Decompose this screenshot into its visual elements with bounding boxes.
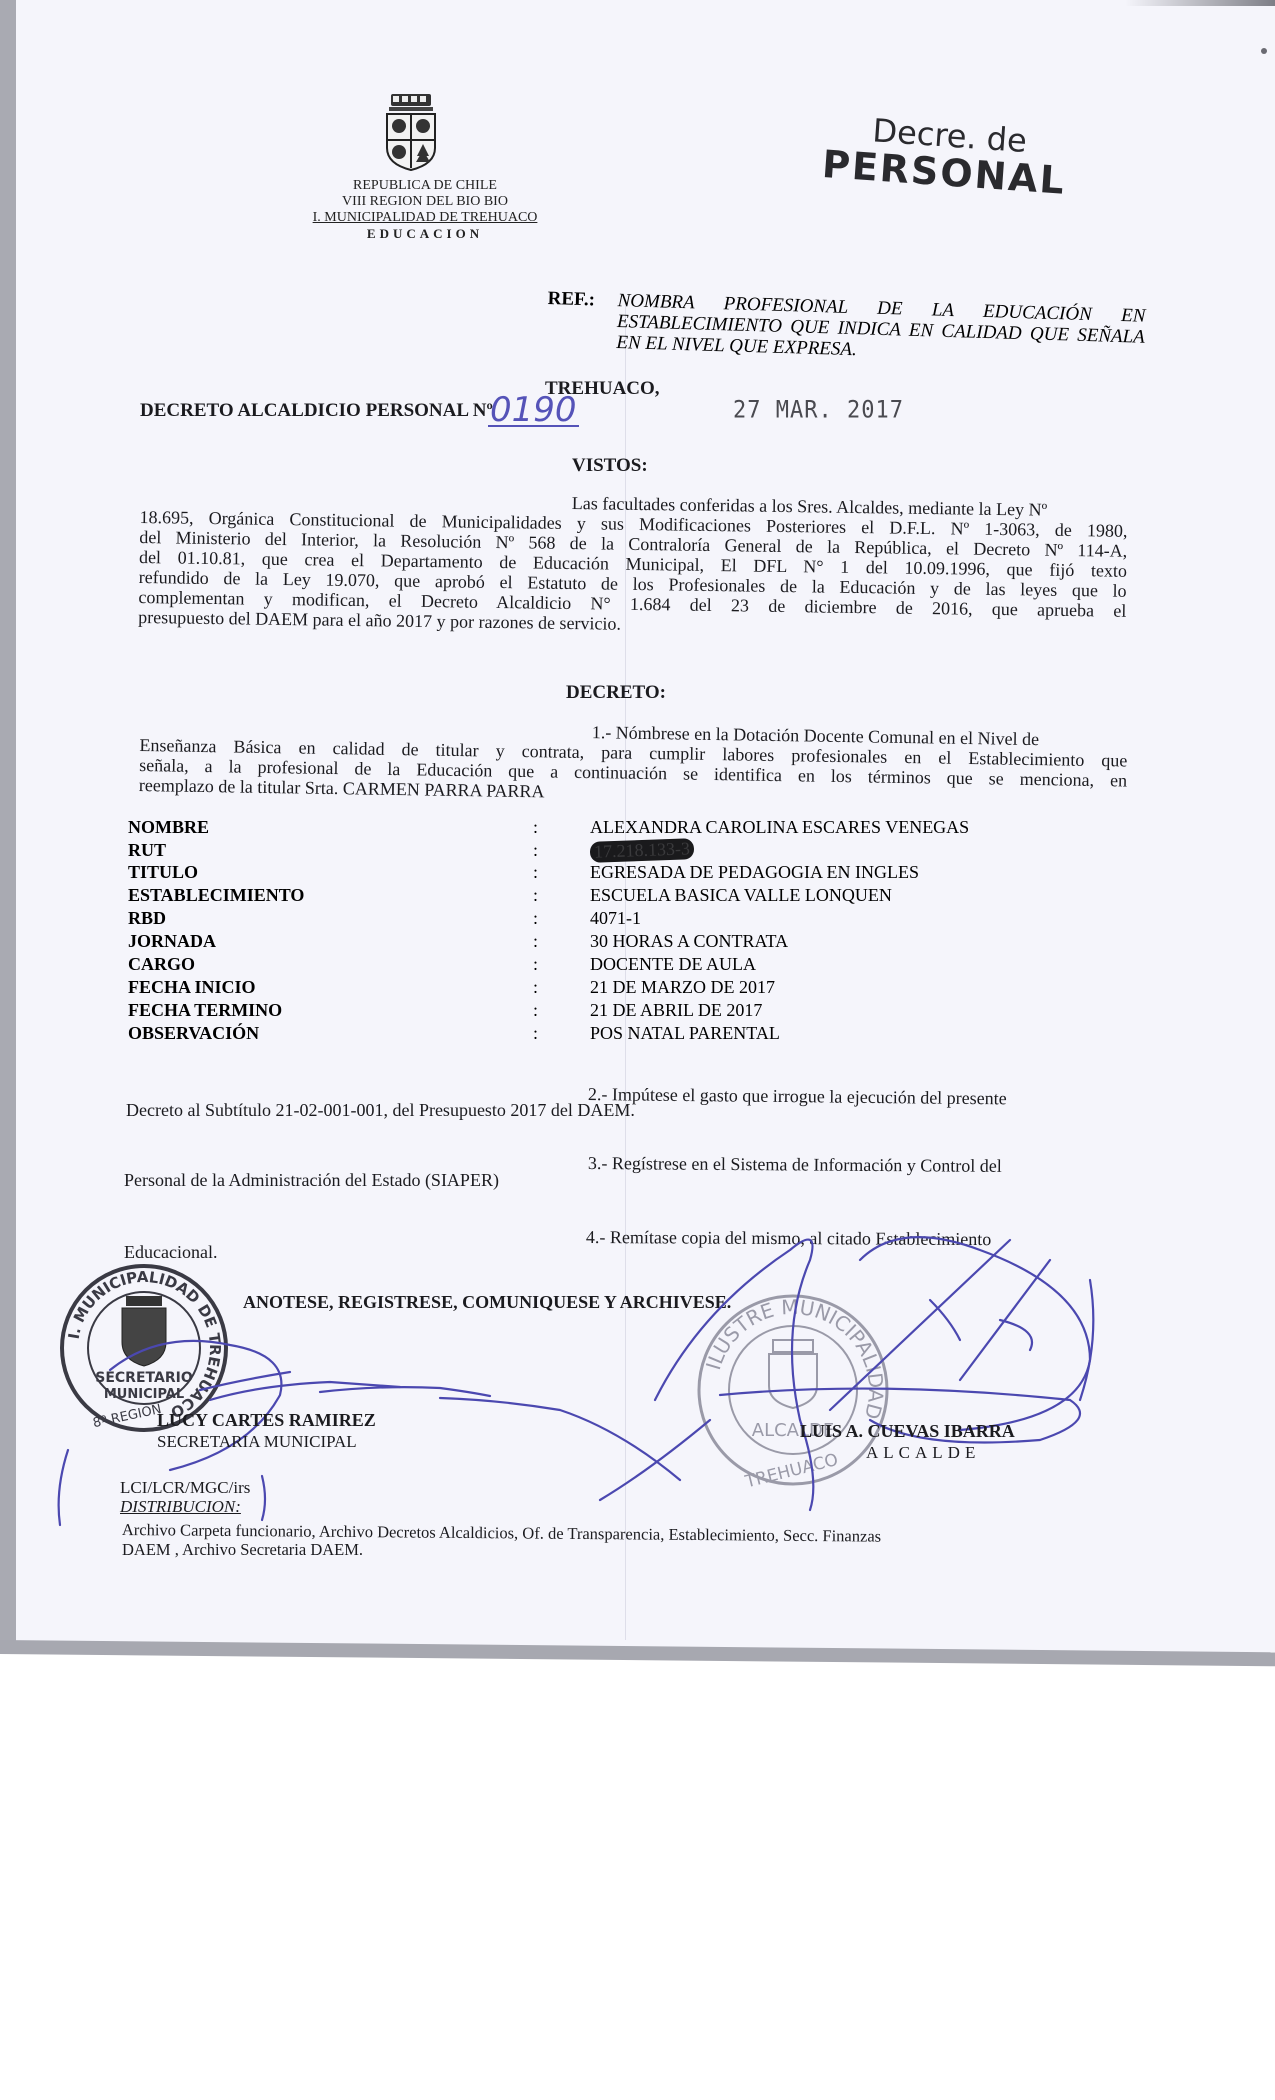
secretary-name: LUCY CARTES RAMIREZ (157, 1410, 376, 1431)
vistos-heading: VISTOS: (572, 455, 648, 477)
decree-number-handwritten: 0190 (488, 395, 579, 427)
distribution-label: DISTRIBUCION: (120, 1497, 241, 1517)
stamp-decreto-personal: Decre. de PERSONAL (821, 110, 1070, 201)
field-label: TITULO (128, 862, 198, 883)
field-value: 21 DE MARZO DE 2017 (590, 977, 775, 998)
field-value: EGRESADA DE PEDAGOGIA EN INGLES (590, 862, 919, 883)
svg-text:SECRETARIO: SECRETARIO (95, 1370, 193, 1386)
field-separator: : (533, 1000, 538, 1021)
closing-formula: ANOTESE, REGISTRESE, COMUNIQUESE Y ARCHI… (243, 1292, 731, 1313)
field-separator: : (533, 1023, 538, 1044)
item-2-first: 2.- Impútese el gasto que irrogue la eje… (588, 1084, 1007, 1109)
field-row: CARGO:DOCENTE DE AULA (128, 954, 1028, 976)
distribution-line-2: DAEM , Archivo Secretaria DAEM. (122, 1540, 363, 1560)
decreto-heading: DECRETO: (566, 682, 666, 704)
scanned-page: REPUBLICA DE CHILE VIII REGION DEL BIO B… (0, 0, 1275, 1652)
field-row: ESTABLECIMIENTO:ESCUELA BASICA VALLE LON… (128, 885, 1028, 907)
field-value: POS NATAL PARENTAL (590, 1023, 780, 1044)
letterhead-region: VIII REGION DEL BIO BIO (255, 194, 595, 210)
field-separator: : (533, 840, 538, 861)
seal-secretario-municipal: I. MUNICIPALIDAD DE TREHUACO SECRETARIO … (58, 1262, 230, 1434)
field-row: FECHA INICIO:21 DE MARZO DE 2017 (128, 977, 1028, 999)
date-stamp: 27 MAR. 2017 (733, 397, 904, 425)
field-separator: : (533, 817, 538, 838)
field-separator: : (533, 931, 538, 952)
decreto-item-1: 1.- Nómbrese en la Dotación Docente Comu… (139, 715, 1128, 811)
reference-block: REF.: NOMBRA PROFESIONAL DE LA EDUCACIÓN… (548, 288, 1148, 306)
field-separator: : (533, 954, 538, 975)
letterhead-department: EDUCACION (255, 226, 595, 242)
field-row: RBD:4071-1 (128, 908, 1028, 930)
item-2-second: Decreto al Subtítulo 21-02-001-001, del … (126, 1100, 635, 1121)
field-label: CARGO (128, 954, 195, 975)
field-label: RBD (128, 908, 166, 929)
svg-text:ILUSTRE MUNICIPALIDAD: ILUSTRE MUNICIPALIDAD (701, 1295, 888, 1422)
letterhead: REPUBLICA DE CHILE VIII REGION DEL BIO B… (255, 178, 595, 242)
scan-edge-bottom (0, 1640, 1275, 1666)
field-label: ESTABLECIMIENTO (128, 885, 304, 906)
field-label: RUT (128, 840, 166, 861)
field-value-redacted: 17.218.133-3 (590, 838, 695, 863)
field-value: DOCENTE DE AULA (590, 954, 756, 975)
field-label: FECHA TERMINO (128, 1000, 282, 1021)
item-4-second: Educacional. (124, 1242, 217, 1263)
field-label: OBSERVACIÓN (128, 1023, 259, 1044)
seal-alcalde: ILUSTRE MUNICIPALIDAD ALCALDE TREHUACO (693, 1290, 893, 1490)
field-row: TITULO:EGRESADA DE PEDAGOGIA EN INGLES (128, 862, 1028, 884)
document-initials: LCI/LCR/MGC/irs (120, 1478, 250, 1498)
field-label: NOMBRE (128, 817, 209, 838)
scan-edge-left (0, 0, 16, 1652)
field-value: ESCUELA BASICA VALLE LONQUEN (590, 885, 892, 906)
field-label: JORNADA (128, 931, 216, 952)
field-row: RUT:17.218.133-3 (128, 840, 1028, 862)
field-row: JORNADA:30 HORAS A CONTRATA (128, 931, 1028, 953)
svg-text:MUNICIPAL: MUNICIPAL (104, 1387, 184, 1402)
field-separator: : (533, 885, 538, 906)
item-3-first: 3.- Regístrese en el Sistema de Informac… (588, 1153, 1002, 1177)
field-row: FECHA TERMINO:21 DE ABRIL DE 2017 (128, 1000, 1028, 1022)
field-separator: : (533, 908, 538, 929)
decree-title: DECRETO ALCALDICIO PERSONAL Nº (140, 400, 493, 422)
vistos-paragraph: Las facultades conferidas a los Sres. Al… (138, 487, 1128, 641)
reference-text: NOMBRA PROFESIONAL DE LA EDUCACIÓN EN ES… (616, 290, 1146, 369)
field-row: OBSERVACIÓN:POS NATAL PARENTAL (128, 1023, 1028, 1045)
field-value: 30 HORAS A CONTRATA (590, 931, 788, 952)
municipal-coat-of-arms-icon (383, 92, 439, 172)
letterhead-country: REPUBLICA DE CHILE (255, 178, 595, 194)
scan-edge-top (1125, 0, 1275, 6)
item-4-first: 4.- Remítase copia del mismo, al citado … (586, 1227, 991, 1250)
field-separator: : (533, 977, 538, 998)
item-3-second: Personal de la Administración del Estado… (124, 1170, 499, 1191)
field-value: 4071-1 (590, 908, 641, 929)
field-separator: : (533, 862, 538, 883)
reference-label: REF.: (547, 288, 595, 310)
field-row: NOMBRE:ALEXANDRA CAROLINA ESCARES VENEGA… (128, 817, 1028, 839)
secretary-role: SECRETARIA MUNICIPAL (157, 1432, 357, 1452)
mayor-role: ALCALDE (866, 1443, 980, 1463)
field-label: FECHA INICIO (128, 977, 256, 998)
field-value: 21 DE ABRIL DE 2017 (590, 1000, 762, 1021)
field-value: ALEXANDRA CAROLINA ESCARES VENEGAS (590, 817, 969, 838)
scan-speck (1261, 48, 1267, 54)
letterhead-municipality: I. MUNICIPALIDAD DE TREHUACO (255, 210, 595, 226)
mayor-name: LUIS A. CUEVAS IBARRA (800, 1421, 1015, 1442)
